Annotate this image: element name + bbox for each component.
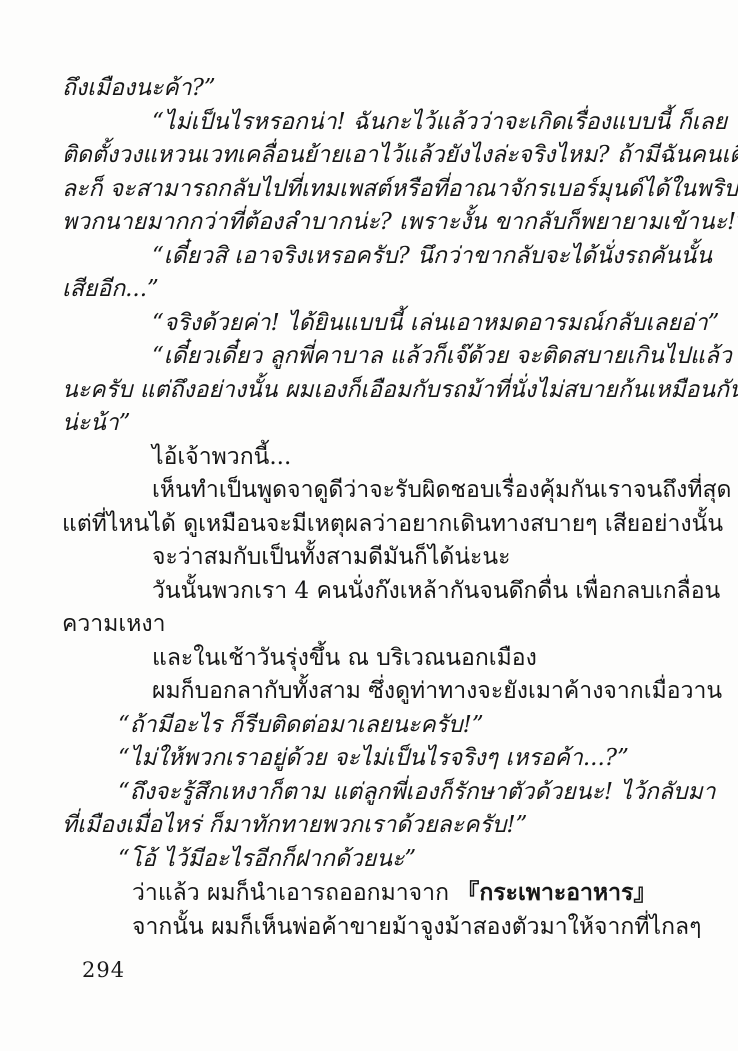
text-line: ผมก็บอกลากับทั้งสาม ซึ่งดูท่าทางจะยังเมา… xyxy=(62,675,680,709)
text-line: “เดี๋ยวเดี๋ยว ลูกพี่คาบาล แล้วก็เจ๊ด้วย … xyxy=(62,340,680,374)
text-line: น่ะน้า” xyxy=(62,407,680,441)
text-line: ความเหงา xyxy=(62,608,680,642)
narration-text: ว่าแล้ว ผมก็นำเอารถออกมาจาก xyxy=(132,880,456,906)
text-line: ถึงเมืองนะค้า?” xyxy=(62,72,680,106)
text-line: จากนั้น ผมก็เห็นพ่อค้าขายม้าจูงม้าสองตัว… xyxy=(62,911,680,945)
text-line: “ไม่ให้พวกเราอยู่ด้วย จะไม่เป็นไรจริงๆ เ… xyxy=(62,742,680,776)
text-line: “ไม่เป็นไรหรอกน่า! ฉันกะไว้แล้วว่าจะเกิด… xyxy=(62,106,680,140)
text-line: และในเช้าวันรุ่งขึ้น ณ บริเวณนอกเมือง xyxy=(62,642,680,676)
page-number: 294 xyxy=(82,958,125,982)
text-line: พวกนายมากกว่าที่ต้องลำบากน่ะ? เพราะงั้น … xyxy=(62,206,680,240)
text-line: เห็นทำเป็นพูดจาดูดีว่าจะรับผิดชอบเรื่องค… xyxy=(62,474,680,508)
item-name-bold: 『กระเพาะอาหาร』 xyxy=(456,879,656,906)
text-line: “จริงด้วยค่า! ได้ยินแบบนี้ เล่นเอาหมดอาร… xyxy=(62,307,680,341)
text-line: ที่เมืองเมื่อไหร่ ก็มาทักทายพวกเราด้วยละ… xyxy=(62,809,680,843)
text-line: ว่าแล้ว ผมก็นำเอารถออกมาจาก 『กระเพาะอาหา… xyxy=(62,876,680,911)
text-line: “เดี๋ยวสิ เอาจริงเหรอครับ? นึกว่าขากลับจ… xyxy=(62,240,680,274)
text-line: ติดตั้งวงแหวนเวทเคลื่อนย้ายเอาไว้แล้วยัง… xyxy=(62,139,680,173)
text-line: “ถึงจะรู้สึกเหงาก็ตาม แต่ลูกพี่เองก็รักษ… xyxy=(62,776,680,810)
text-line: นะครับ แต่ถึงอย่างนั้น ผมเองก็เอือมกับรถ… xyxy=(62,374,680,408)
text-line: “โอ้ ไว้มีอะไรอีกก็ฝากด้วยนะ” xyxy=(62,843,680,877)
text-line: ไอ้เจ้าพวกนี้... xyxy=(62,441,680,475)
text-line: จะว่าสมกับเป็นทั้งสามดีมันก็ได้น่ะนะ xyxy=(62,541,680,575)
text-line: “ถ้ามีอะไร ก็รีบติดต่อมาเลยนะครับ!” xyxy=(62,709,680,743)
text-line: วันนั้นพวกเรา 4 คนนั่งก๊งเหล้ากันจนดึกดื… xyxy=(62,575,680,609)
book-page: ถึงเมืองนะค้า?” “ไม่เป็นไรหรอกน่า! ฉันกะ… xyxy=(0,0,738,1051)
text-line: แต่ที่ไหนได้ ดูเหมือนจะมีเหตุผลว่าอยากเด… xyxy=(62,508,680,542)
text-line: เสียอีก...” xyxy=(62,273,680,307)
text-line: ละก็ จะสามารถกลับไปที่เทมเพสต์หรือที่อาณ… xyxy=(62,173,680,207)
page-text-block: ถึงเมืองนะค้า?” “ไม่เป็นไรหรอกน่า! ฉันกะ… xyxy=(62,72,680,944)
